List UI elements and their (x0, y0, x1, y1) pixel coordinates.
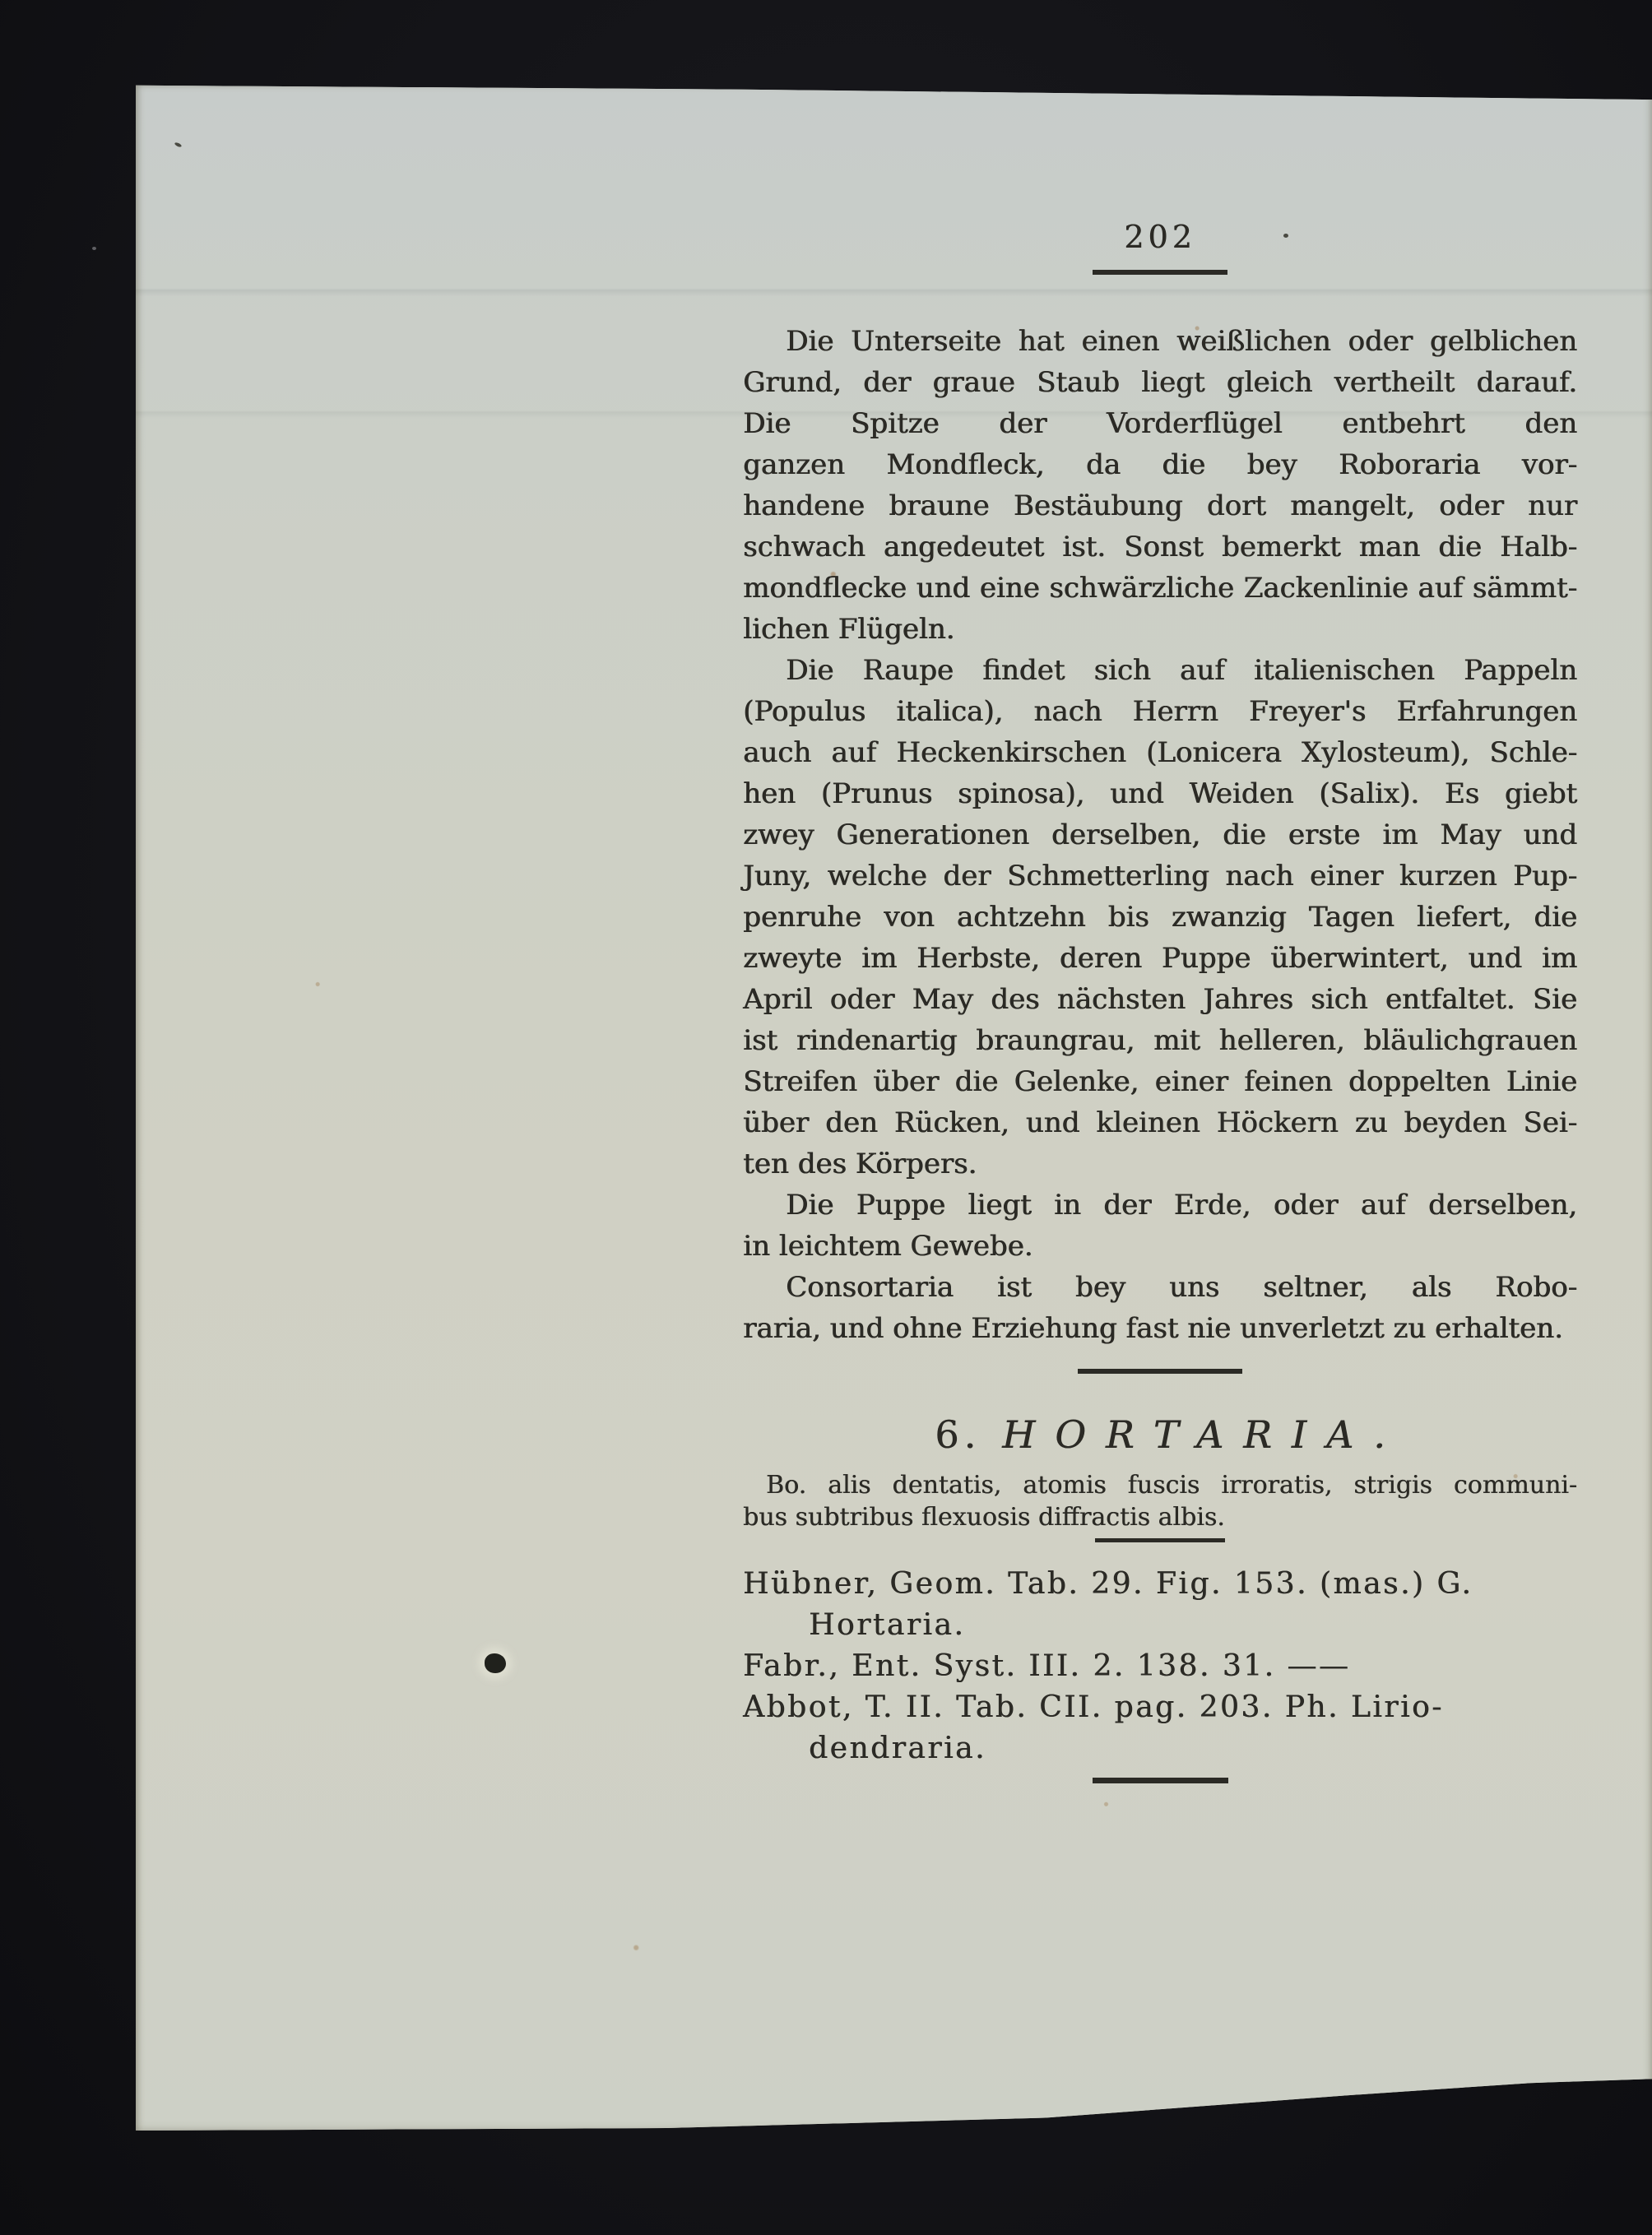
page-header: 202 (1093, 219, 1227, 275)
section-divider (1078, 1369, 1242, 1374)
text-line: in leichtem Gewebe. (743, 1226, 1577, 1267)
text-line: (Populus italica), nach Herrn Freyer's E… (743, 691, 1577, 732)
text-line: zweyte im Herbste, deren Puppe überwinte… (743, 938, 1577, 979)
reference-line: Hortaria. (743, 1605, 1577, 1646)
reference-line: Abbot, T. II. Tab. CII. pag. 203. Ph. Li… (743, 1687, 1577, 1728)
species-heading: 6.HORTARIA. (743, 1412, 1577, 1458)
text-line: Grund, der graue Staub liegt gleich vert… (743, 362, 1577, 403)
scanner-background: 202 Die Unterseite hat einen weißlichen … (0, 0, 1652, 2235)
references: Hübner, Geom. Tab. 29. Fig. 153. (mas.) … (743, 1564, 1577, 1769)
text-line: auch auf Heckenkirschen (Lonicera Xylost… (743, 732, 1577, 773)
species-name: HORTARIA. (1002, 1412, 1405, 1457)
species-number: 6. (935, 1412, 981, 1457)
text-line: April oder May des nächsten Jahres sich … (743, 979, 1577, 1020)
text-line: Consortaria ist bey uns seltner, als Rob… (743, 1267, 1577, 1308)
text-line: lichen Flügeln. (743, 609, 1577, 650)
text-line: handene braune Bestäubung dort mangelt, … (743, 485, 1577, 526)
text-line: Juny, welche der Schmetterling nach eine… (743, 856, 1577, 897)
page-number: 202 (1093, 219, 1227, 255)
text-line: hen (Prunus spinosa), und Weiden (Salix)… (743, 773, 1577, 814)
text-line: raria, und ohne Erziehung fast nie unver… (743, 1308, 1577, 1349)
latin-diagnosis: Bo. alis dentatis, atomis fuscis irrorat… (743, 1469, 1577, 1533)
text-line: penruhe von achtzehn bis zwanzig Tagen l… (743, 897, 1577, 938)
text-line: Die Unterseite hat einen weißlichen oder… (743, 321, 1577, 362)
text-line: mondflecke und eine schwärzliche Zackenl… (743, 568, 1577, 609)
text-line: über den Rücken, und kleinen Höckern zu … (743, 1102, 1577, 1143)
dust-speck (92, 247, 96, 250)
text-line: ist rindenartig braungrau, mit helleren,… (743, 1020, 1577, 1061)
text-line: zwey Generationen derselben, die erste i… (743, 814, 1577, 856)
text-line: ganzen Mondfleck, da die bey Roboraria v… (743, 444, 1577, 485)
text-line: Die Raupe findet sich auf italienischen … (743, 650, 1577, 691)
reference-line: Hübner, Geom. Tab. 29. Fig. 153. (mas.) … (743, 1564, 1577, 1605)
text-line: ten des Körpers. (743, 1143, 1577, 1185)
section-divider (1095, 1538, 1225, 1542)
ink-spot (485, 1653, 506, 1673)
diagnosis-line: bus subtribus flexuosis diffractis albis… (743, 1501, 1577, 1533)
body-text: Die Unterseite hat einen weißlichen oder… (743, 321, 1577, 1349)
text-column: 202 Die Unterseite hat einen weißlichen … (743, 212, 1577, 1783)
reference-line: Fabr., Ent. Syst. III. 2. 138. 31. —— (743, 1646, 1577, 1687)
book-page: 202 Die Unterseite hat einen weißlichen … (136, 82, 1652, 2132)
text-line: Die Puppe liegt in der Erde, oder auf de… (743, 1185, 1577, 1226)
text-line: Die Spitze der Vorderflügel entbehrt den (743, 403, 1577, 444)
section-divider (1093, 1778, 1228, 1783)
paper-fleck (174, 141, 183, 147)
text-line: schwach angedeutet ist. Sonst bemerkt ma… (743, 526, 1577, 568)
text-line: Streifen über die Gelenke, einer feinen … (743, 1061, 1577, 1102)
reference-line: dendraria. (743, 1728, 1577, 1769)
diagnosis-line: Bo. alis dentatis, atomis fuscis irrorat… (743, 1469, 1577, 1501)
